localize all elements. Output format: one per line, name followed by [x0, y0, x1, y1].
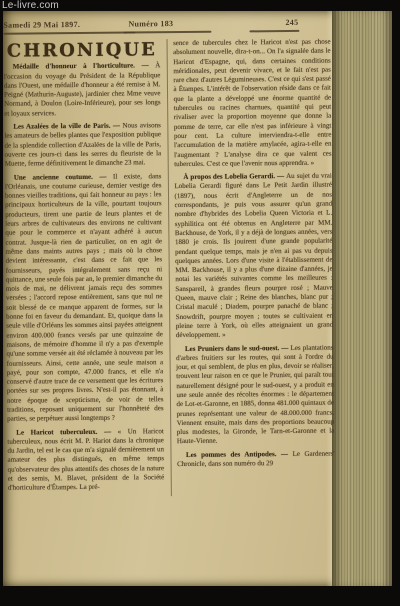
paragraph-lead: Le Haricot tuberculeux. — [16, 427, 117, 436]
paragraph-lead: Médaille d'honneur à l'horticulture. — [13, 62, 156, 71]
paragraph: Une ancienne coutume. — Il existe, dans … [5, 172, 164, 425]
page-header: Samedi 29 Mai 1897. Numéro 183 245 [3, 18, 330, 30]
paragraph-lead: Les Pruniers dans le sud-ouest. — [185, 343, 291, 352]
left-column: CHRONIQUE Médaille d'honneur à l'horticu… [4, 39, 172, 497]
header-rule-center [123, 31, 211, 34]
book-fore-edge [332, 11, 392, 586]
seller-watermark: Le-livre.com [2, 0, 59, 11]
page-number: 245 [173, 18, 330, 29]
paragraph-lead: À propos des Lobelia Gerardi. — [183, 172, 286, 181]
scanned-photo-frame: Le-livre.com Samedi 29 Mai 1897. Numéro … [0, 0, 400, 606]
paragraph-lead: Les pommes des Antipodes. — [186, 450, 293, 459]
paragraph: Médaille d'honneur à l'horticulture. — À… [4, 62, 161, 119]
header-rule-right [249, 30, 299, 32]
paragraph-lead: Une ancienne coutume. — [14, 172, 113, 181]
paragraph: Les Azalées de la ville de Paris. — Nous… [4, 121, 161, 169]
header-rules [3, 29, 330, 38]
paragraph-lead: Les Azalées de la ville de Paris. — [13, 122, 122, 131]
page-content: Samedi 29 Mai 1897. Numéro 183 245 CHRON… [0, 10, 336, 588]
paragraph: Le Haricot tuberculeux. — « Un Haricot t… [7, 427, 164, 494]
section-title: CHRONIQUE [4, 45, 161, 56]
right-column: sence de tubercules chez le Haricot n'es… [167, 38, 335, 496]
newspaper-page: Samedi 29 Mai 1897. Numéro 183 245 CHRON… [3, 11, 392, 586]
paragraph: À propos des Lobelia Gerardi. — Au sujet… [174, 172, 333, 341]
paragraph: Les Pruniers dans le sud-ouest. — Les pl… [176, 343, 334, 447]
text-columns: CHRONIQUE Médaille d'honneur à l'horticu… [4, 38, 335, 498]
issue-number: Numéro 183 [128, 19, 173, 28]
paragraph: Les pommes des Antipodes. — Le Gardeners… [177, 449, 335, 469]
header-rule-left [3, 31, 135, 34]
paragraph: sence de tubercules chez le Haricot n'es… [173, 38, 332, 170]
issue-date: Samedi 29 Mai 1897. [3, 20, 128, 30]
